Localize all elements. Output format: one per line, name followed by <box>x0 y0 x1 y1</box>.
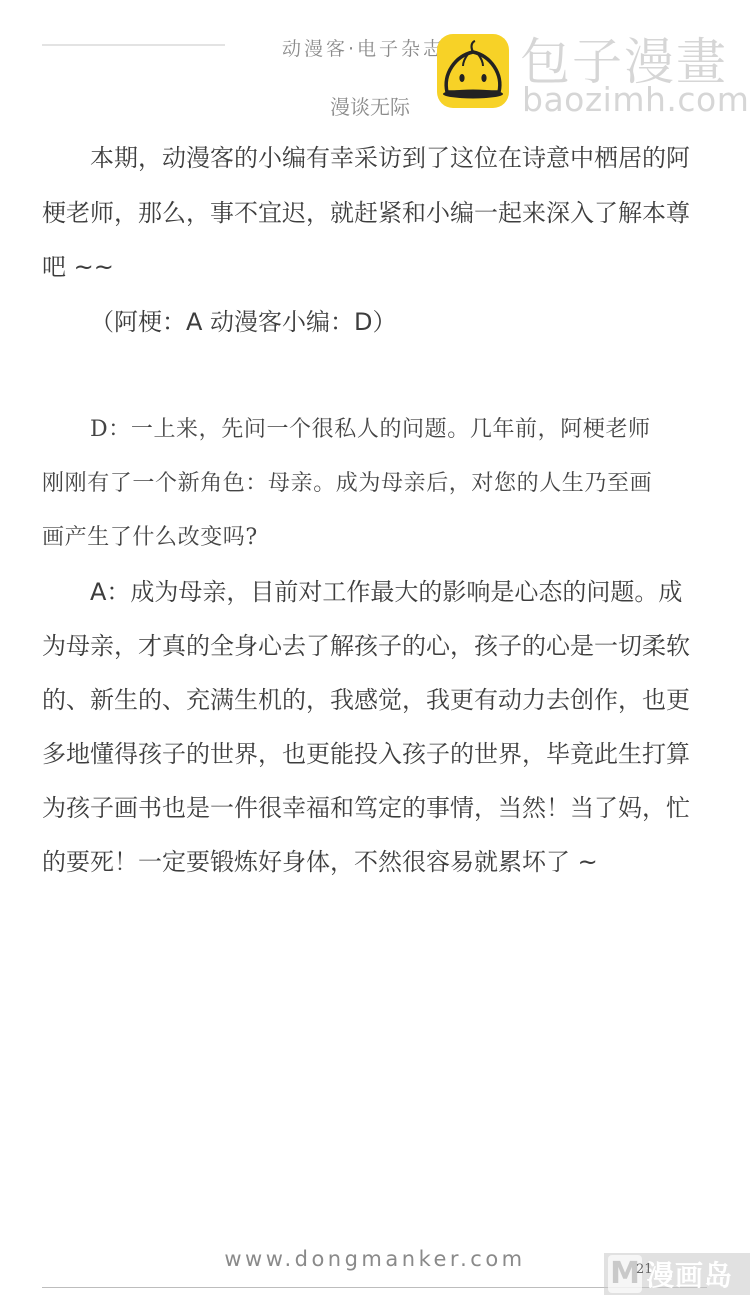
magazine-title: 动漫客·电子杂志 <box>282 34 445 61</box>
text-line: 梗老师，那么，事不宜迟，就赶紧和小编一起来深入了解本尊 <box>42 186 706 241</box>
text-line: 画产生了什么改变吗? <box>42 511 706 565</box>
text-line: 为母亲，才真的全身心去了解孩子的心，孩子的心是一切柔软 <box>42 619 706 673</box>
answer-paragraph: A：成为母亲，目前对工作最大的影响是心态的问题。成 为母亲，才真的全身心去了解孩… <box>42 565 706 889</box>
text-line: A：成为母亲，目前对工作最大的影响是心态的问题。成 <box>42 565 706 619</box>
text-line: 为孩子画书也是一件很幸福和笃定的事情，当然！当了妈，忙 <box>42 781 706 835</box>
text-line: D：一上来，先问一个很私人的问题。几年前，阿梗老师 <box>42 403 706 457</box>
section-title: 漫谈无际 <box>330 91 410 120</box>
header-divider <box>42 44 225 46</box>
speaker-legend: （阿梗：A 动漫客小编：D） <box>42 295 706 350</box>
text-line: 多地懂得孩子的世界，也更能投入孩子的世界，毕竟此生打算 <box>42 727 706 781</box>
text-line-content: D：一上来，先问一个很私人的问题。几年前，阿梗老师 <box>90 417 651 442</box>
text-line-content: A：成为母亲，目前对工作最大的影响是心态的问题。成 <box>90 578 682 606</box>
watermark-site-domain: baozimh.com <box>522 82 749 118</box>
speaker-legend-text: （阿梗：A 动漫客小编：D） <box>90 308 397 336</box>
intro-paragraph: 本期，动漫客的小编有幸采访到了这位在诗意中栖居的阿 梗老师，那么，事不宜迟，就赶… <box>42 131 706 349</box>
page-number: 21 <box>636 1262 653 1277</box>
question-paragraph: D：一上来，先问一个很私人的问题。几年前，阿梗老师 刚刚有了一个新角色：母亲。成… <box>42 403 706 565</box>
text-line-content: 本期，动漫客的小编有幸采访到了这位在诗意中栖居的阿 <box>90 144 690 172</box>
text-line: 本期，动漫客的小编有幸采访到了这位在诗意中栖居的阿 <box>42 131 706 186</box>
manhuadao-watermark: M 漫画岛 <box>604 1253 750 1295</box>
baozi-bun-icon <box>437 34 509 108</box>
text-line: 吧 ~~ <box>42 240 706 295</box>
text-line: 的要死！一定要锻炼好身体，不然很容易就累坏了 ~ <box>42 835 706 889</box>
manhuadao-name: 漫画岛 <box>646 1254 733 1294</box>
text-line: 的、新生的、充满生机的，我感觉，我更有动力去创作，也更 <box>42 673 706 727</box>
text-line: 刚刚有了一个新角色：母亲。成为母亲后，对您的人生乃至画 <box>42 457 706 511</box>
